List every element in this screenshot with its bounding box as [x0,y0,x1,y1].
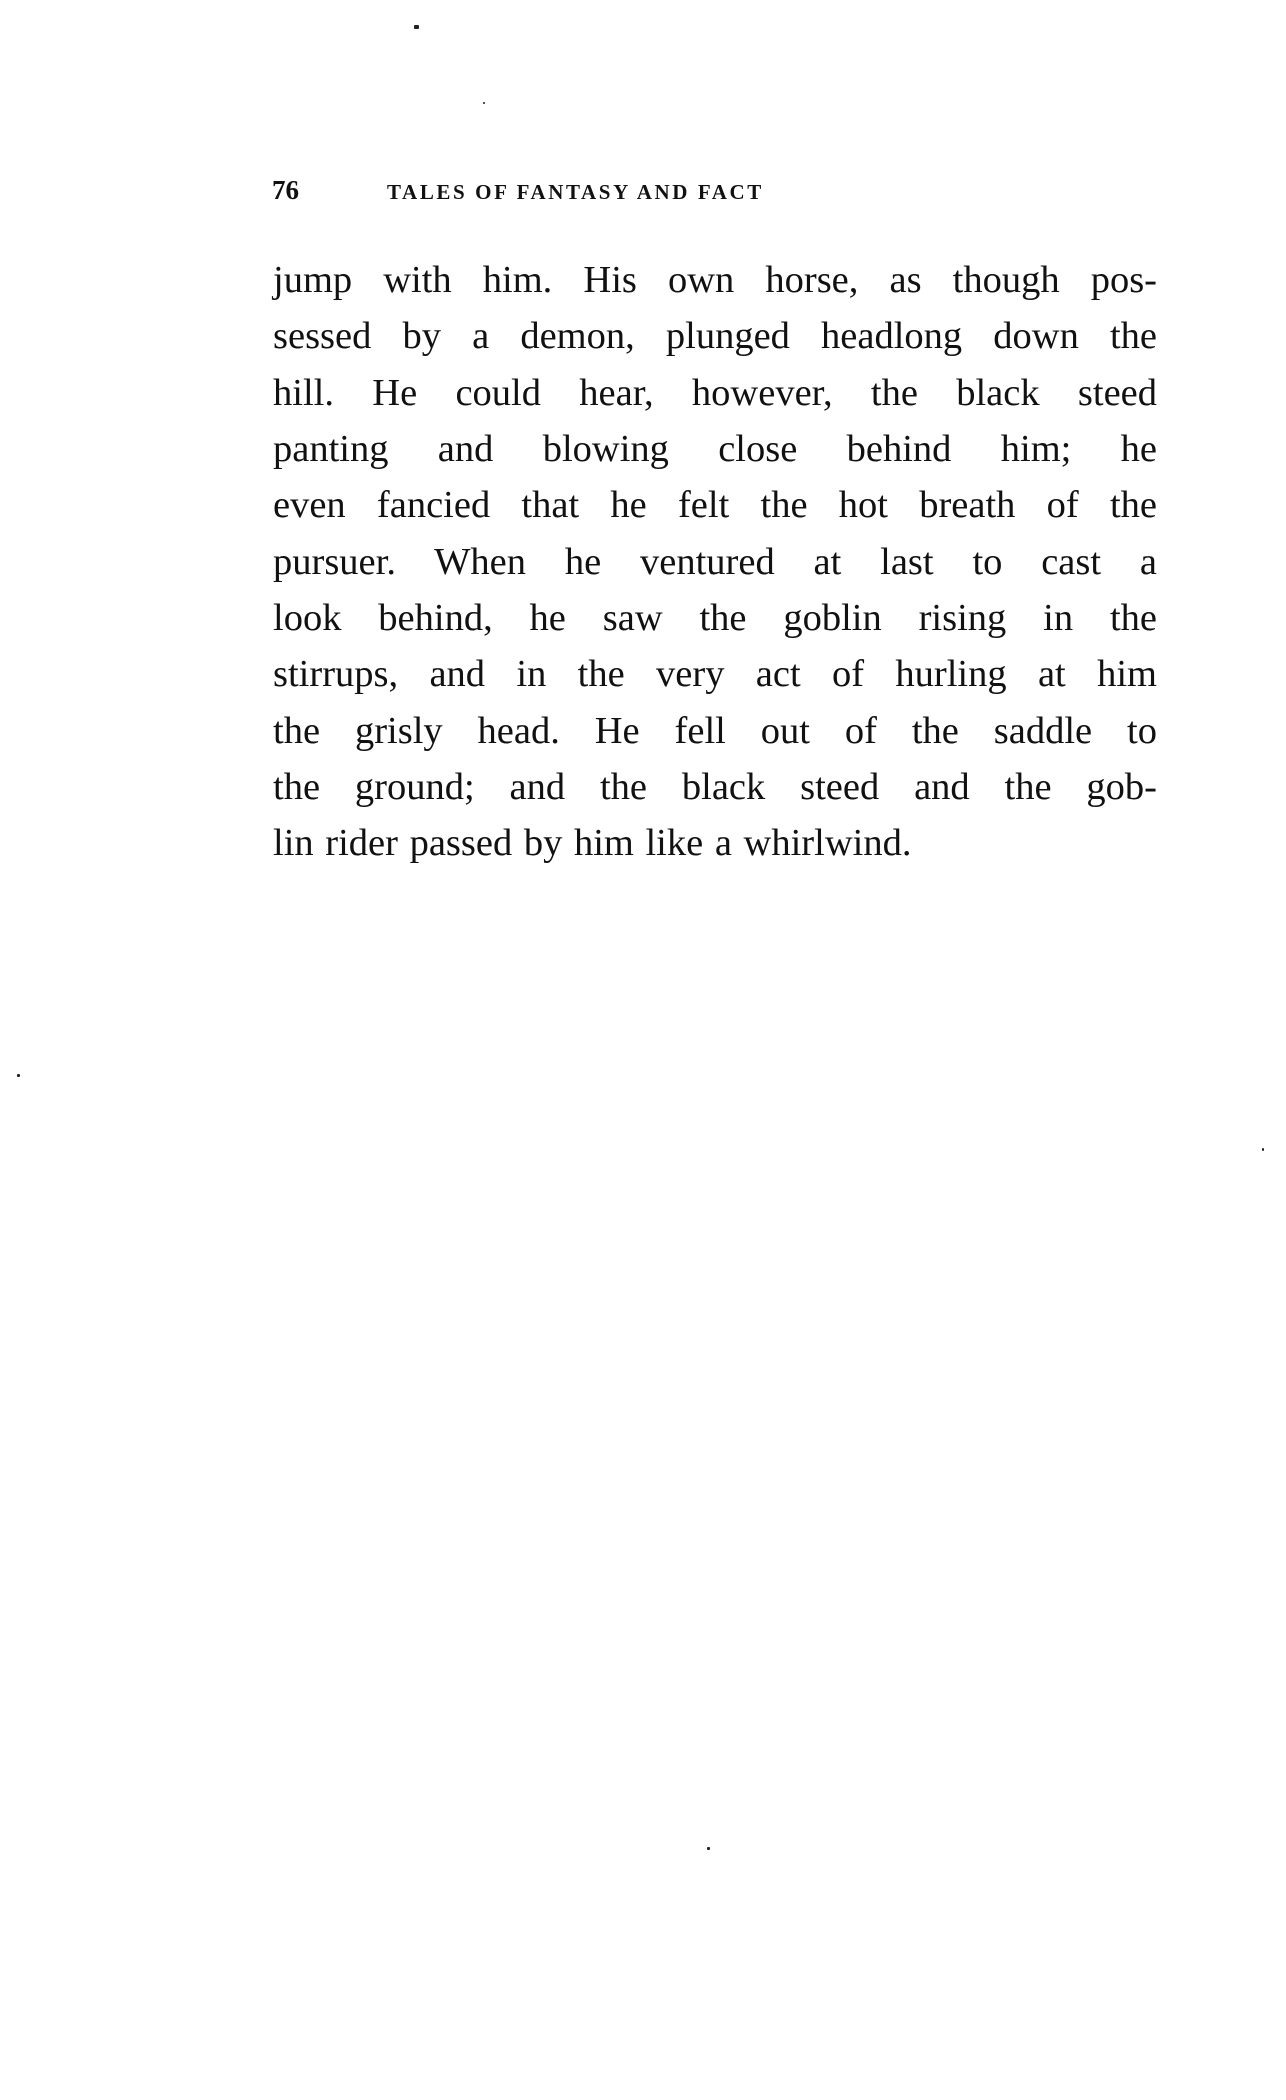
running-head: 76 TALES OF FANTASY AND FACT [272,172,992,212]
text-line: stirrups, and in the very act of hurling… [273,649,1157,699]
text-line: jump with him. His own horse, as though … [273,255,1157,305]
scan-speck [1262,1148,1264,1151]
text-line-last: lin rider passed by him like a whirlwind… [273,818,1157,868]
text-line: the ground; and the black steed and the … [273,762,1157,812]
running-title: TALES OF FANTASY AND FACT [387,174,764,210]
text-line: panting and blowing close behind him; he [273,424,1157,474]
text-line: sessed by a demon, plunged headlong down… [273,311,1157,361]
scan-speck [483,102,485,104]
text-line: look behind, he saw the goblin rising in… [273,593,1157,643]
page-number: 76 [272,172,299,208]
text-line: even fancied that he felt the hot breath… [273,480,1157,530]
text-line: hill. He could hear, however, the black … [273,368,1157,418]
scan-speck [414,25,419,29]
scan-speck [17,1074,20,1077]
text-line: the grisly head. He fell out of the sadd… [273,706,1157,756]
scan-speck [707,1847,710,1850]
text-line: pursuer. When he ventured at last to cas… [273,537,1157,587]
book-page: 76 TALES OF FANTASY AND FACT jump with h… [0,0,1286,2100]
